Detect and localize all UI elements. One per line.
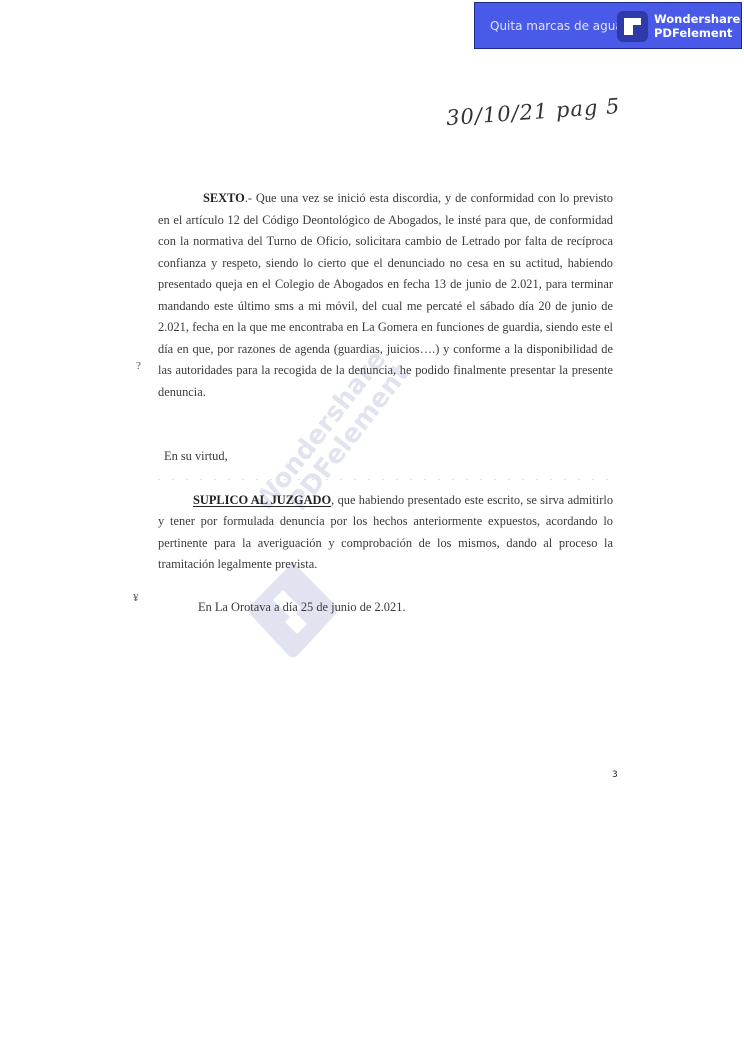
- pdfelement-logo-icon: [617, 11, 648, 42]
- paragraph-lugar-fecha: En La Orotava a día 25 de junio de 2.021…: [158, 597, 613, 619]
- page-number: 3: [612, 770, 618, 780]
- suplico-heading: SUPLICO AL JUZGADO: [193, 493, 331, 507]
- document-body: SEXTO.- Que una vez se inició esta disco…: [158, 188, 613, 618]
- sexto-heading: SEXTO: [203, 191, 245, 205]
- brand-line-1: Wondershare: [654, 12, 740, 26]
- paragraph-sexto: SEXTO.- Que una vez se inició esta disco…: [158, 188, 613, 403]
- brand-line-2: PDFelement: [654, 26, 740, 40]
- paragraph-suplico: SUPLICO AL JUZGADO, que habiendo present…: [158, 490, 613, 576]
- sexto-text: .- Que una vez se inició esta discordia,…: [158, 191, 613, 399]
- brand-name: Wondershare PDFelement: [654, 12, 740, 40]
- margin-mark: ?: [136, 360, 141, 372]
- paragraph-en-su-virtud: En su virtud,: [158, 446, 613, 468]
- remove-watermark-button[interactable]: Quita marcas de agua Wondershare PDFelem…: [474, 2, 742, 49]
- margin-mark: ¥: [133, 592, 139, 604]
- scan-artifact-line: [158, 479, 613, 480]
- handwritten-annotation: 30/10/21 pag 5: [445, 94, 621, 130]
- remove-watermark-label: Quita marcas de agua: [490, 19, 623, 33]
